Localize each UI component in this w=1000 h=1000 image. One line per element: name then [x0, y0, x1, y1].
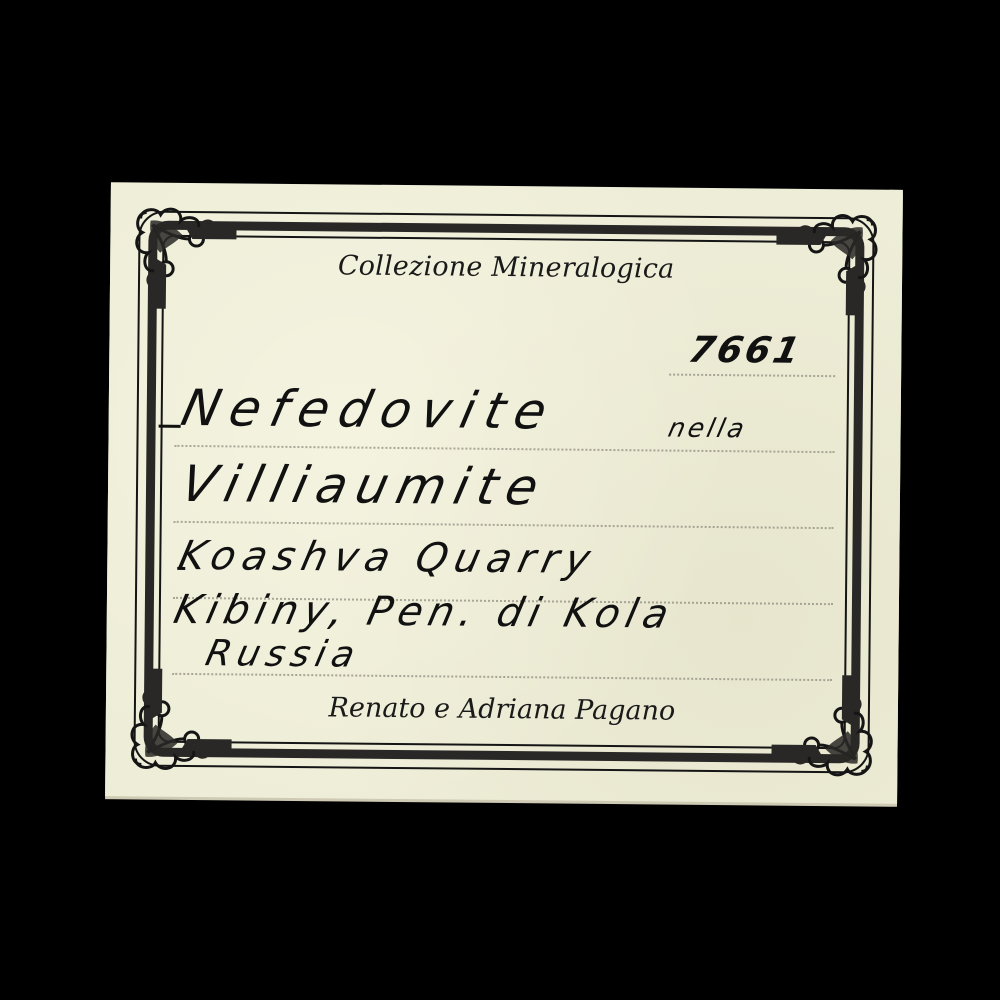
- specimen-label-card: Collezione Mineralogica 7661 Nefedovite …: [105, 182, 903, 804]
- catalog-number: 7661: [685, 330, 806, 372]
- species-connector: nella: [665, 414, 750, 445]
- locality-country: Russia: [202, 633, 365, 675]
- species-host: Villiaumite: [176, 455, 553, 516]
- species-primary: Nefedovite: [176, 379, 562, 440]
- locality-quarry: Koashva Quarry: [174, 533, 601, 583]
- locality-region: Kibiny, Pen. di Kola: [170, 587, 679, 638]
